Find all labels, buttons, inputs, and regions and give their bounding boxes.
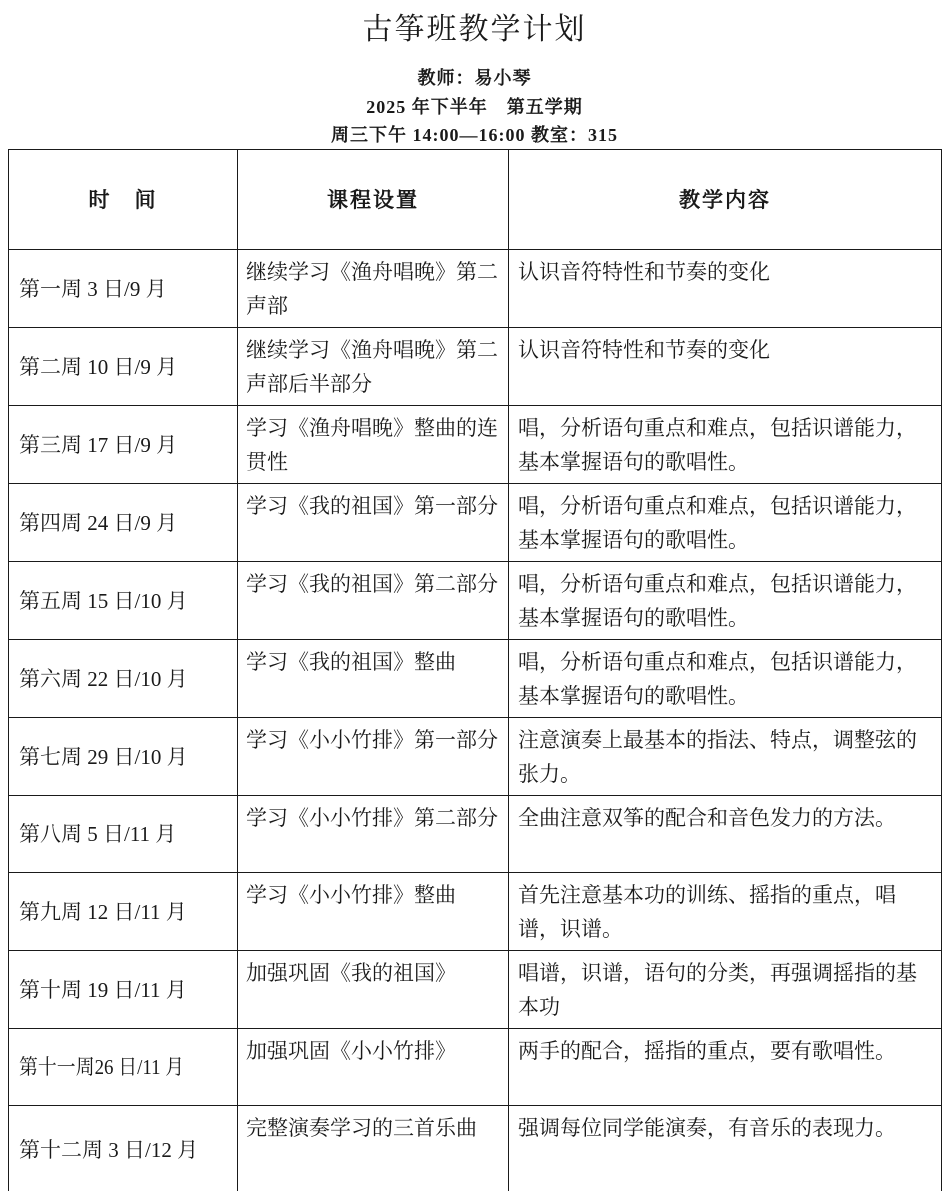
table-row: 第九周 12 日/11 月 学习《小小竹排》整曲 首先注意基本功的训练、摇指的重… [9, 873, 942, 951]
course-cell: 继续学习《渔舟唱晚》第二声部后半部分 [238, 328, 509, 406]
table-row: 第十二周 3 日/12 月 完整演奏学习的三首乐曲 强调每位同学能演奏，有音乐的… [9, 1106, 942, 1191]
time-cell: 第五周 15 日/10 月 [9, 562, 238, 640]
content-cell: 认识音符特性和节奏的变化 [509, 328, 942, 406]
semester-line: 2025 年下半年 第五学期 [0, 93, 949, 119]
time-cell: 第八周 5 日/11 月 [9, 796, 238, 873]
table-row: 第三周 17 日/9 月 学习《渔舟唱晚》整曲的连贯性 唱，分析语句重点和难点，… [9, 406, 942, 484]
time-cell: 第六周 22 日/10 月 [9, 640, 238, 718]
table-row: 第十一周26 日/11 月 加强巩固《小小竹排》 两手的配合，摇指的重点，要有歌… [9, 1029, 942, 1106]
header-course: 课程设置 [238, 150, 509, 250]
course-cell: 加强巩固《我的祖国》 [238, 951, 509, 1029]
course-cell: 学习《我的祖国》整曲 [238, 640, 509, 718]
content-cell: 认识音符特性和节奏的变化 [509, 250, 942, 328]
content-cell: 注意演奏上最基本的指法、特点，调整弦的张力。 [509, 718, 942, 796]
time-text: 第十一周26 日/11 月 [19, 1050, 184, 1084]
table-row: 第二周 10 日/9 月 继续学习《渔舟唱晚》第二声部后半部分 认识音符特性和节… [9, 328, 942, 406]
course-cell: 学习《小小竹排》第一部分 [238, 718, 509, 796]
course-cell: 学习《我的祖国》第一部分 [238, 484, 509, 562]
course-cell: 继续学习《渔舟唱晚》第二声部 [238, 250, 509, 328]
time-cell: 第三周 17 日/9 月 [9, 406, 238, 484]
header-content: 教学内容 [509, 150, 942, 250]
teaching-plan-table: 时 间 课程设置 教学内容 第一周 3 日/9 月 继续学习《渔舟唱晚》第二声部… [8, 149, 942, 1191]
header-time: 时 间 [9, 150, 238, 250]
content-cell: 唱，分析语句重点和难点，包括识谱能力，基本掌握语句的歌唱性。 [509, 640, 942, 718]
table-row: 第四周 24 日/9 月 学习《我的祖国》第一部分 唱，分析语句重点和难点，包括… [9, 484, 942, 562]
table-header-row: 时 间 课程设置 教学内容 [9, 150, 942, 250]
content-cell: 强调每位同学能演奏，有音乐的表现力。 [509, 1106, 942, 1191]
content-cell: 唱，分析语句重点和难点，包括识谱能力，基本掌握语句的歌唱性。 [509, 562, 942, 640]
table-row: 第八周 5 日/11 月 学习《小小竹排》第二部分 全曲注意双筝的配合和音色发力… [9, 796, 942, 873]
time-cell: 第七周 29 日/10 月 [9, 718, 238, 796]
time-cell: 第四周 24 日/9 月 [9, 484, 238, 562]
content-cell: 唱，分析语句重点和难点，包括识谱能力，基本掌握语句的歌唱性。 [509, 406, 942, 484]
content-cell: 首先注意基本功的训练、摇指的重点，唱谱，识谱。 [509, 873, 942, 951]
table-row: 第一周 3 日/9 月 继续学习《渔舟唱晚》第二声部 认识音符特性和节奏的变化 [9, 250, 942, 328]
document-page: 古筝班教学计划 教师：易小琴 2025 年下半年 第五学期 周三下午 14:00… [0, 0, 949, 1191]
content-cell: 唱，分析语句重点和难点，包括识谱能力，基本掌握语句的歌唱性。 [509, 484, 942, 562]
time-cell: 第十周 19 日/11 月 [9, 951, 238, 1029]
time-cell: 第一周 3 日/9 月 [9, 250, 238, 328]
teacher-line: 教师：易小琴 [0, 64, 949, 90]
course-cell: 学习《小小竹排》整曲 [238, 873, 509, 951]
table-row: 第七周 29 日/10 月 学习《小小竹排》第一部分 注意演奏上最基本的指法、特… [9, 718, 942, 796]
table-row: 第五周 15 日/10 月 学习《我的祖国》第二部分 唱，分析语句重点和难点，包… [9, 562, 942, 640]
course-cell: 加强巩固《小小竹排》 [238, 1029, 509, 1106]
course-cell: 完整演奏学习的三首乐曲 [238, 1106, 509, 1191]
time-cell: 第二周 10 日/9 月 [9, 328, 238, 406]
content-cell: 唱谱，识谱，语句的分类，再强调摇指的基本功 [509, 951, 942, 1029]
course-cell: 学习《我的祖国》第二部分 [238, 562, 509, 640]
content-cell: 两手的配合，摇指的重点，要有歌唱性。 [509, 1029, 942, 1106]
course-cell: 学习《小小竹排》第二部分 [238, 796, 509, 873]
table-row: 第十周 19 日/11 月 加强巩固《我的祖国》 唱谱，识谱，语句的分类，再强调… [9, 951, 942, 1029]
page-title: 古筝班教学计划 [0, 4, 949, 48]
table-row: 第六周 22 日/10 月 学习《我的祖国》整曲 唱，分析语句重点和难点，包括识… [9, 640, 942, 718]
schedule-line: 周三下午 14:00—16:00 教室：315 [0, 121, 949, 147]
content-cell: 全曲注意双筝的配合和音色发力的方法。 [509, 796, 942, 873]
time-cell: 第十一周26 日/11 月 [9, 1029, 238, 1106]
course-cell: 学习《渔舟唱晚》整曲的连贯性 [238, 406, 509, 484]
time-cell: 第九周 12 日/11 月 [9, 873, 238, 951]
time-cell: 第十二周 3 日/12 月 [9, 1106, 238, 1191]
